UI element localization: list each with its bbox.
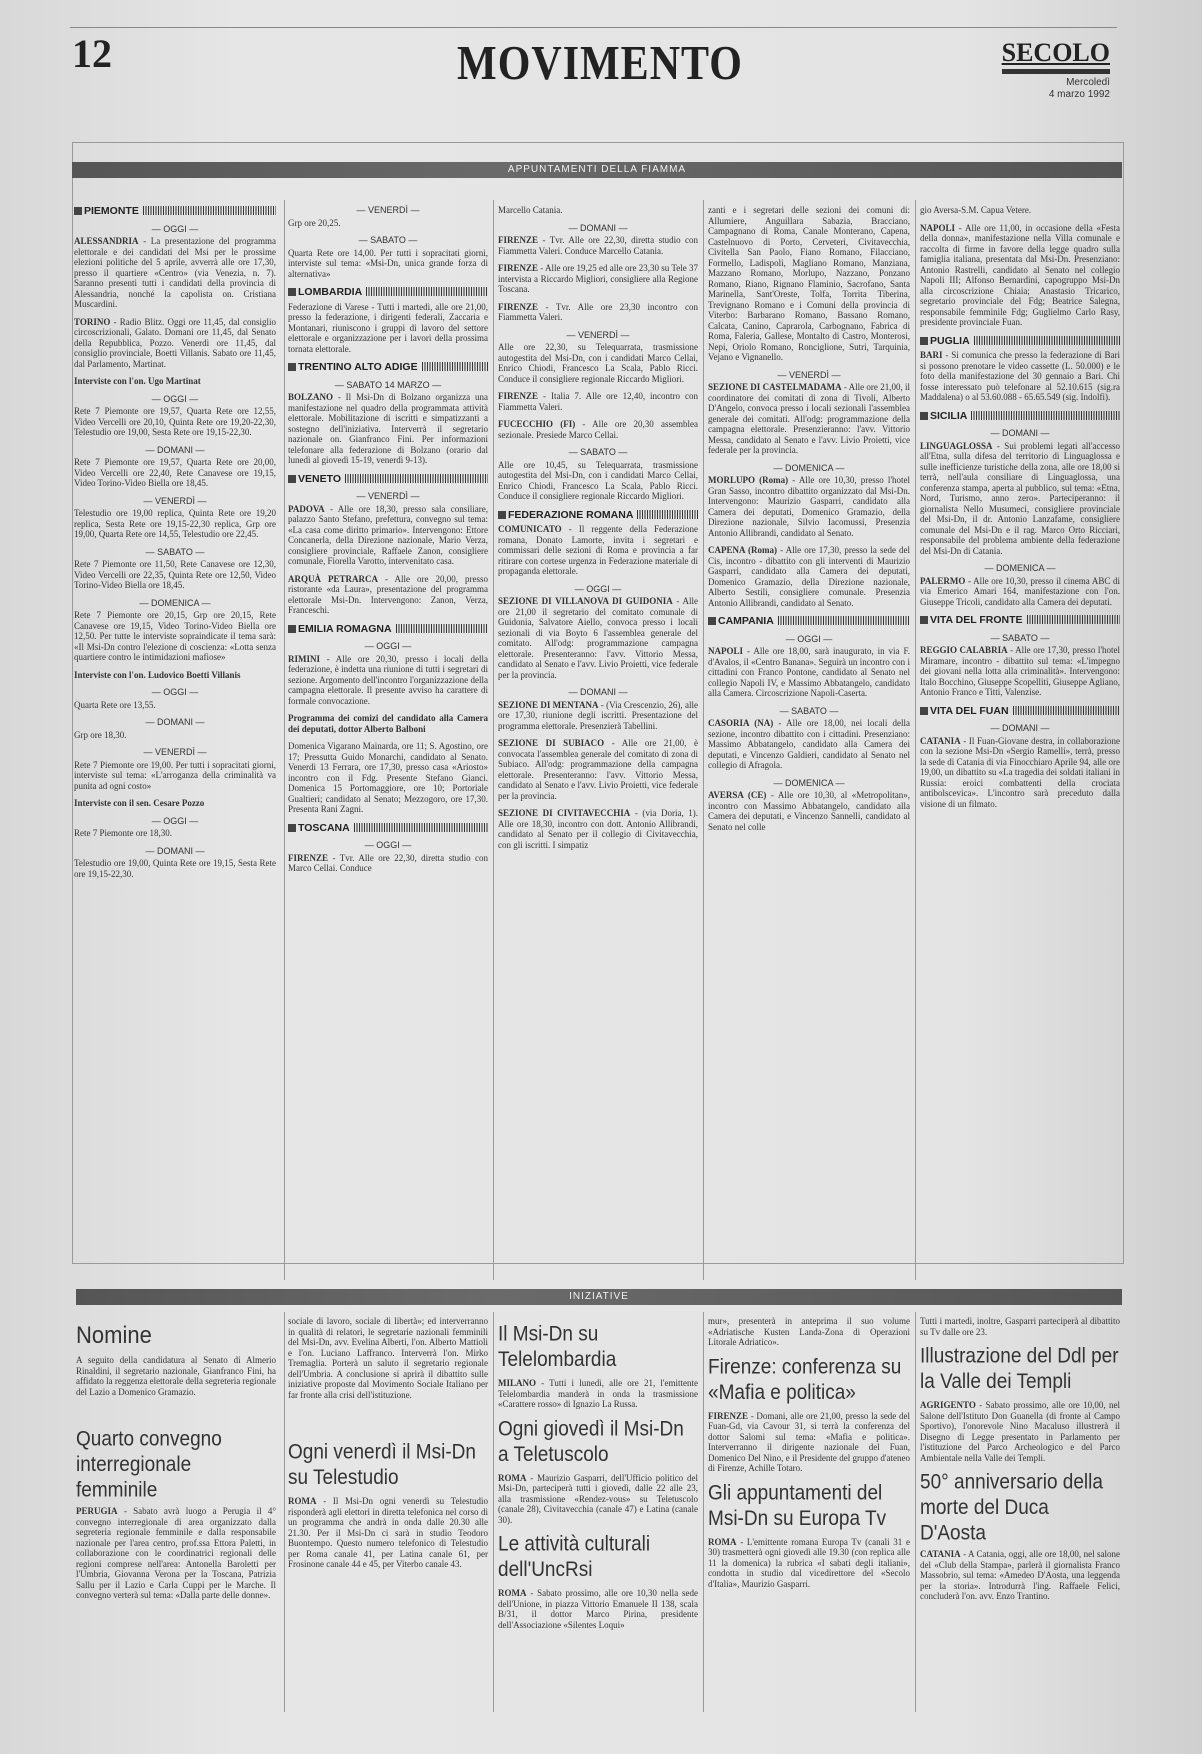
announcement: PADOVA - Alle ore 18,30, presso sala con… <box>288 504 488 567</box>
article-headline: Le attività culturali dell'UncRsi <box>498 1532 698 1583</box>
hatch-decoration <box>354 823 488 832</box>
appuntamenti-banner: APPUNTAMENTI DELLA FIAMMA <box>72 162 1122 178</box>
day-label: — DOMANI — <box>74 445 276 456</box>
iniziative-banner: INIZIATIVE <box>76 1289 1122 1305</box>
article-body: MILANO - Tutti i lunedì, alle ore 21, l'… <box>498 1378 698 1410</box>
day-label: — OGGI — <box>74 394 276 405</box>
region-heading-sicilia: SICILIA <box>920 411 1120 422</box>
announcement: REGGIO CALABRIA - Alle ore 17,30, presso… <box>920 645 1120 698</box>
hatch-decoration <box>396 624 488 633</box>
article-headline: 50° anniversario della morte del Duca D'… <box>920 1470 1120 1546</box>
column-rule <box>284 1312 285 1712</box>
hatch-decoration <box>974 336 1120 345</box>
top-rule <box>70 27 1117 28</box>
announcement: Rete 7 Piemonte ore 18,30. <box>74 828 276 839</box>
square-bullet-icon <box>920 616 928 624</box>
announcement: Rete 7 Piemonte ore 19,57, Quarta Rete o… <box>74 457 276 489</box>
day-label: — DOMANI — <box>498 687 698 698</box>
announcement: Alle ore 10,45, su Telequarrata, trasmis… <box>498 460 698 502</box>
announcement: TORINO - Radio Blitz. Oggi ore 11,45, da… <box>74 317 276 370</box>
day-label: — OGGI — <box>74 224 276 235</box>
column-rule <box>703 200 704 1280</box>
announcement: MORLUPO (Roma) - Alle ore 10,30, presso … <box>708 475 910 538</box>
appuntamenti-column-4: zanti e i segretari delle sezioni dei co… <box>708 205 910 1270</box>
article-body: ROMA - Sabato prossimo, alle ore 10,30 n… <box>498 1588 698 1630</box>
day-label: — SABATO 14 MARZO — <box>288 380 488 391</box>
article-headline: Firenze: conferenza su «Mafia e politica… <box>708 1355 910 1406</box>
announcement-heading: Programma dei comizi del candidato alla … <box>288 713 488 734</box>
article-body: sociale di lavoro, sociale di libertà»; … <box>288 1316 488 1400</box>
announcement: Marcello Catania. <box>498 205 698 216</box>
article-body: mur», presenterà in anteprima il suo vol… <box>708 1316 910 1348</box>
square-bullet-icon <box>920 707 928 715</box>
article-headline: Ogni giovedì il Msi-Dn a Teletuscolo <box>498 1417 698 1468</box>
announcement: Grp ore 20,25. <box>288 218 488 229</box>
article-headline: Illustrazione del Ddl per la Valle dei T… <box>920 1344 1120 1395</box>
newspaper-page: 12 MOVIMENTO SECOLO Mercoledì 4 marzo 19… <box>0 0 1202 1754</box>
announcement: CASORIA (NA) - Alle ore 18,00, nei local… <box>708 718 910 771</box>
article-headline: Quarto convegno interregionale femminile <box>76 1427 276 1503</box>
day-label: — OGGI — <box>288 840 488 851</box>
masthead: SECOLO Mercoledì 4 marzo 1992 <box>1002 38 1110 101</box>
square-bullet-icon <box>288 824 296 832</box>
iniziative-column-4: mur», presenterà in anteprima il suo vol… <box>708 1316 910 1716</box>
date-full: 4 marzo 1992 <box>1002 89 1110 101</box>
day-label: — SABATO — <box>920 633 1120 644</box>
announcement: FIRENZE - Alle ore 19,25 ed alle ore 23,… <box>498 263 698 295</box>
interview-heading: Interviste con il sen. Cesare Pozzo <box>74 798 276 809</box>
article-body: PERUGIA - Sabato avrà luogo a Perugia il… <box>76 1506 276 1601</box>
announcement: Quarta Rete ore 13,55. <box>74 700 276 711</box>
announcement: Grp ore 18,30. <box>74 730 276 741</box>
day-label: — SABATO — <box>498 447 698 458</box>
day-label: — OGGI — <box>74 687 276 698</box>
hatch-decoration <box>366 287 488 296</box>
interview-heading: Interviste con l'on. Ludovico Boetti Vil… <box>74 670 276 681</box>
announcement: gio Aversa-S.M. Capua Vetere. <box>920 205 1120 216</box>
region-heading-vita-del-fronte: VITA DEL FRONTE <box>920 615 1120 626</box>
region-heading-veneto: VENETO <box>288 474 488 485</box>
section-title: MOVIMENTO <box>380 36 820 91</box>
column-rule <box>493 200 494 1280</box>
article-headline: Gli appuntamenti del Msi-Dn su Europa Tv <box>708 1481 910 1532</box>
interview-heading: Interviste con l'on. Ugo Martinat <box>74 376 276 387</box>
day-label: — SABATO — <box>708 706 910 717</box>
day-label: — SABATO — <box>74 547 276 558</box>
page-number: 12 <box>72 30 112 77</box>
announcement: SEZIONE DI SUBIACO - Alle ore 21,00, è c… <box>498 738 698 801</box>
article-body: CATANIA - A Catania, oggi, alle ore 18,0… <box>920 1549 1120 1602</box>
announcement: CATANIA - Il Fuan-Giovane destra, in col… <box>920 736 1120 810</box>
announcement: SEZIONE DI VILLANOVA DI GUIDONIA - Alle … <box>498 596 698 680</box>
announcement: FUCECCHIO (FI) - Alle ore 20,30 assemble… <box>498 419 698 440</box>
article-body: ROMA - Maurizio Gasparri, dell'Ufficio p… <box>498 1473 698 1526</box>
appuntamenti-column-1: PIEMONTE — OGGI — ALESSANDRIA - La prese… <box>74 198 276 1268</box>
announcement: SEZIONE DI MENTANA - (Via Crescenzio, 26… <box>498 700 698 732</box>
announcement: zanti e i segretari delle sezioni dei co… <box>708 205 910 363</box>
column-rule <box>493 1312 494 1712</box>
masthead-logo: SECOLO <box>1002 38 1110 68</box>
announcement: Telestudio ore 19,00 replica, Quinta Ret… <box>74 508 276 540</box>
iniziative-column-5: Tutti i martedì, inoltre, Gasparri parte… <box>920 1316 1120 1716</box>
announcement: Federazione di Varese - Tutti i martedì,… <box>288 302 488 355</box>
day-label: — VENERDÌ — <box>74 496 276 507</box>
day-label: — DOMENICA — <box>708 778 910 789</box>
square-bullet-icon <box>920 337 928 345</box>
announcement: CAPENA (Roma) - Alle ore 17,30, presso l… <box>708 545 910 608</box>
day-label: — VENERDÌ — <box>74 747 276 758</box>
announcement: ALESSANDRIA - La presentazione del progr… <box>74 236 276 310</box>
hatch-decoration <box>1013 706 1120 715</box>
iniziative-column-3: Il Msi-Dn su Telelombardia MILANO - Tutt… <box>498 1316 698 1716</box>
announcement: SEZIONE DI CASTELMADAMA - Alle ore 21,00… <box>708 382 910 456</box>
announcement: Rete 7 Piemonte ore 20,15, Grp ore 20,15… <box>74 610 276 663</box>
square-bullet-icon <box>920 412 928 420</box>
day-label: — OGGI — <box>288 641 488 652</box>
day-label: — DOMENICA — <box>74 598 276 609</box>
announcement: Quarta Rete ore 14,00. Per tutti i sopra… <box>288 248 488 280</box>
day-label: — VENERDÌ — <box>288 205 488 216</box>
hatch-decoration <box>1027 615 1120 624</box>
appuntamenti-column-5: gio Aversa-S.M. Capua Vetere. NAPOLI - A… <box>920 205 1120 1270</box>
announcement: NAPOLI - Alle ore 18,00, sarà inaugurato… <box>708 646 910 699</box>
day-label: — DOMANI — <box>920 723 1120 734</box>
announcement: FIRENZE - Tvr. Alle ore 22,30, diretta s… <box>288 853 488 874</box>
article-headline: Ogni venerdì il Msi-Dn su Telestudio <box>288 1440 488 1491</box>
article-body: AGRIGENTO - Sabato prossimo, alle ore 10… <box>920 1400 1120 1463</box>
announcement: Telestudio ore 19,00, Quinta Rete ore 19… <box>74 858 276 879</box>
hatch-decoration <box>971 411 1120 420</box>
column-rule <box>915 1312 916 1712</box>
day-label: — VENERDÌ — <box>288 491 488 502</box>
day-label: — VENERDÌ — <box>708 370 910 381</box>
article-body: A seguito della candidatura al Senato di… <box>76 1355 276 1397</box>
announcement: FIRENZE - Tvr. Alle ore 22,30, diretta s… <box>498 235 698 256</box>
column-rule <box>915 200 916 1280</box>
square-bullet-icon <box>498 511 506 519</box>
announcement: FIRENZE - Tvr. Alle ore 23,30 incontro c… <box>498 302 698 323</box>
hatch-decoration <box>637 510 698 519</box>
announcement: ARQUÀ PETRARCA - Alle ore 20,00, presso … <box>288 574 488 616</box>
hatch-decoration <box>345 474 488 483</box>
appuntamenti-column-3: Marcello Catania. — DOMANI — FIRENZE - T… <box>498 205 698 1270</box>
announcement: Domenica Vigarano Mainarda, ore 11; S. A… <box>288 741 488 815</box>
region-heading-vita-del-fuan: VITA DEL FUAN <box>920 706 1120 717</box>
day-label: — OGGI — <box>708 634 910 645</box>
square-bullet-icon <box>288 288 296 296</box>
announcement: RIMINI - Alle ore 20,30, presso i locali… <box>288 654 488 707</box>
region-heading-emilia: EMILIA ROMAGNA <box>288 624 488 635</box>
announcement: Rete 7 Piemonte ore 19,57, Quarta Rete o… <box>74 406 276 438</box>
region-heading-puglia: PUGLIA <box>920 336 1120 347</box>
column-rule <box>284 200 285 1280</box>
announcement: BOLZANO - Il Msi-Dn di Bolzano organizza… <box>288 392 488 466</box>
day-label: — SABATO — <box>288 235 488 246</box>
article-body: ROMA - L'emittente romana Europa Tv (can… <box>708 1537 910 1590</box>
appuntamenti-column-2: — VENERDÌ — Grp ore 20,25. — SABATO — Qu… <box>288 198 488 1270</box>
column-rule <box>703 1312 704 1712</box>
announcement: Rete 7 Piemonte ore 19,00. Per tutti i s… <box>74 760 276 792</box>
square-bullet-icon <box>74 207 82 215</box>
square-bullet-icon <box>708 617 716 625</box>
hatch-decoration <box>143 206 276 215</box>
article-body: ROMA - Il Msi-Dn ogni venerdì su Telestu… <box>288 1496 488 1570</box>
day-label: — VENERDÌ — <box>498 330 698 341</box>
article-headline: Il Msi-Dn su Telelombardia <box>498 1322 698 1373</box>
day-label: — OGGI — <box>74 816 276 827</box>
region-heading-trentino: TRENTINO ALTO ADIGE <box>288 362 488 373</box>
square-bullet-icon <box>288 475 296 483</box>
region-heading-toscana: TOSCANA <box>288 823 488 834</box>
region-heading-federazione-romana: FEDERAZIONE ROMANA <box>498 510 698 521</box>
announcement: COMUNICATO - Il reggente della Federazio… <box>498 524 698 577</box>
announcement: Alle ore 22,30, su Telequarrata, trasmis… <box>498 342 698 384</box>
announcement: SEZIONE DI CIVITAVECCHIA - (via Doria, 1… <box>498 808 698 850</box>
article-body: FIRENZE - Domani, alle ore 21,00, presso… <box>708 1411 910 1474</box>
date-weekday: Mercoledì <box>1002 77 1110 89</box>
day-label: — DOMENICA — <box>920 563 1120 574</box>
region-heading-campania: CAMPANIA <box>708 616 910 627</box>
announcement: BARI - Si comunica che presso la federaz… <box>920 350 1120 403</box>
announcement: Rete 7 Piemonte ore 11,50, Rete Canavese… <box>74 559 276 591</box>
announcement: FIRENZE - Italia 7. Alle ore 12,40, inco… <box>498 391 698 412</box>
square-bullet-icon <box>288 363 296 371</box>
iniziative-column-2: sociale di lavoro, sociale di libertà»; … <box>288 1316 488 1716</box>
announcement: AVERSA (CE) - Alle ore 10,30, al «Metrop… <box>708 790 910 832</box>
day-label: — DOMANI — <box>920 428 1120 439</box>
masthead-bar <box>1002 69 1110 74</box>
article-body: Tutti i martedì, inoltre, Gasparri parte… <box>920 1316 1120 1337</box>
announcement: PALERMO - Alle ore 10,30, presso il cine… <box>920 576 1120 608</box>
announcement: LINGUAGLOSSA - Sui problemi legati all'a… <box>920 441 1120 557</box>
day-label: — OGGI — <box>498 584 698 595</box>
region-heading-piemonte: PIEMONTE <box>74 206 276 217</box>
hatch-decoration <box>422 362 488 371</box>
day-label: — DOMANI — <box>498 223 698 234</box>
day-label: — DOMANI — <box>74 846 276 857</box>
day-label: — DOMENICA — <box>708 463 910 474</box>
hatch-decoration <box>778 616 910 625</box>
announcement: NAPOLI - Alle ore 11,00, in occasione de… <box>920 223 1120 328</box>
iniziative-column-1: Nomine A seguito della candidatura al Se… <box>76 1316 276 1716</box>
region-heading-lombardia: LOMBARDIA <box>288 287 488 298</box>
article-headline: Nomine <box>76 1322 276 1347</box>
square-bullet-icon <box>288 625 296 633</box>
day-label: — DOMANI — <box>74 717 276 728</box>
